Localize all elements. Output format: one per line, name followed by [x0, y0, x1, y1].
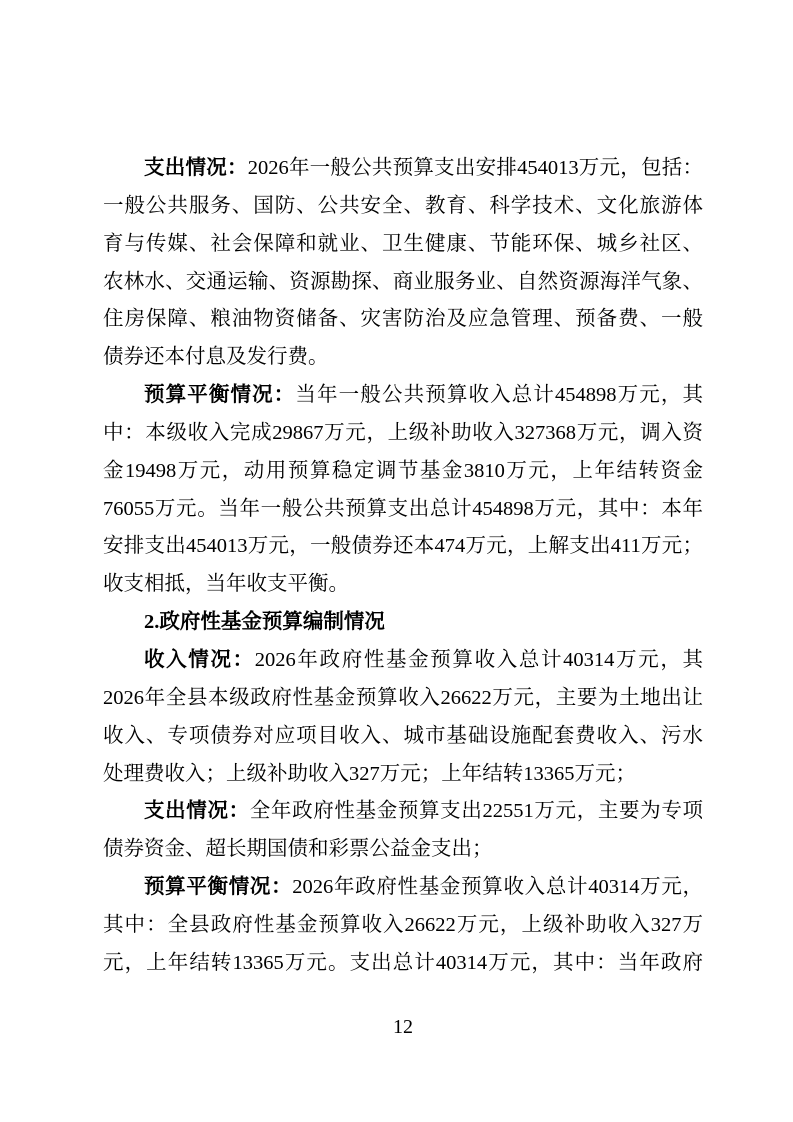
text-line: 收入情况：2026年政府性基金预算收入总计40314万元，其中：	[103, 642, 703, 680]
text-line: 安排支出454013万元，一般债券还本474万元，上解支出411万元；	[103, 528, 703, 566]
page-number: 12	[103, 1012, 703, 1042]
line-text: 全年政府性基金预算支出22551万元，主要为专项	[250, 800, 703, 822]
text-line: 支出情况：全年政府性基金预算支出22551万元，主要为专项	[103, 793, 703, 831]
line-text: 农林水、交通运输、资源勘探、商业服务业、自然资源海洋气象、	[103, 271, 703, 293]
text-line: 农林水、交通运输、资源勘探、商业服务业、自然资源海洋气象、	[103, 264, 703, 302]
line-text: 2026年全县本级政府性基金预算收入26622万元，主要为土地出让	[103, 687, 703, 709]
line-text: 金19498万元，动用预算稳定调节基金3810万元，上年结转资金	[103, 460, 703, 482]
text-line: 元，上年结转13365万元。支出总计40314万元，其中：当年政府	[103, 945, 703, 983]
line-text: 育与传媒、社会保障和就业、卫生健康、节能环保、城乡社区、	[103, 233, 703, 255]
text-line: 收支相抵，当年收支平衡。	[103, 566, 703, 604]
text-line: 中：本级收入完成29867万元，上级补助收入327368万元，调入资	[103, 415, 703, 453]
text-line: 一般公共服务、国防、公共安全、教育、科学技术、文化旅游体	[103, 188, 703, 226]
line-text: 处理费收入；上级补助收入327万元；上年结转13365万元；	[103, 763, 636, 785]
text-line: 76055万元。当年一般公共预算支出总计454898万元，其中：本年	[103, 491, 703, 529]
bold-label: 收入情况：	[144, 649, 255, 671]
document-page: 支出情况：2026年一般公共预算支出安排454013万元，包括： 一般公共服务、…	[0, 0, 793, 1122]
line-text: 债券资金、超长期国债和彩票公益金支出；	[103, 838, 493, 860]
line-text: 2026年政府性基金预算收入总计40314万元，	[292, 876, 703, 898]
line-text: 当年一般公共预算收入总计454898万元，其	[295, 384, 703, 406]
text-line: 债券资金、超长期国债和彩票公益金支出；	[103, 831, 703, 869]
bold-label: 支出情况：	[144, 157, 248, 179]
line-text: 债券还本付息及发行费。	[103, 346, 329, 368]
line-text: 中：本级收入完成29867万元，上级补助收入327368万元，调入资	[103, 422, 703, 444]
line-text: 收支相抵，当年收支平衡。	[103, 573, 349, 595]
text-line: 债券还本付息及发行费。	[103, 339, 703, 377]
text-line: 预算平衡情况：当年一般公共预算收入总计454898万元，其	[103, 377, 703, 415]
bold-label: 预算平衡情况：	[144, 876, 292, 898]
bold-label: 预算平衡情况：	[144, 384, 295, 406]
line-text: 其中：全县政府性基金预算收入26622万元，上级补助收入327万	[103, 914, 703, 936]
text-line: 处理费收入；上级补助收入327万元；上年结转13365万元；	[103, 756, 703, 794]
text-line: 支出情况：2026年一般公共预算支出安排454013万元，包括：	[103, 150, 703, 188]
line-text: 收入、专项债券对应项目收入、城市基础设施配套费收入、污水	[103, 725, 703, 747]
line-text: 76055万元。当年一般公共预算支出总计454898万元，其中：本年	[103, 498, 703, 520]
line-text: 一般公共服务、国防、公共安全、教育、科学技术、文化旅游体	[103, 195, 703, 217]
line-text: 安排支出454013万元，一般债券还本474万元，上解支出411万元；	[103, 535, 703, 557]
line-text: 元，上年结转13365万元。支出总计40314万元，其中：当年政府	[103, 952, 703, 974]
text-line: 预算平衡情况：2026年政府性基金预算收入总计40314万元，	[103, 869, 703, 907]
document-body: 支出情况：2026年一般公共预算支出安排454013万元，包括： 一般公共服务、…	[103, 150, 703, 983]
text-line: 其中：全县政府性基金预算收入26622万元，上级补助收入327万	[103, 907, 703, 945]
bold-label: 支出情况：	[144, 800, 250, 822]
line-text: 住房保障、粮油物资储备、灾害防治及应急管理、预备费、一般	[103, 308, 703, 330]
section-heading: 2.政府性基金预算编制情况	[103, 604, 703, 642]
text-line: 住房保障、粮油物资储备、灾害防治及应急管理、预备费、一般	[103, 301, 703, 339]
text-line: 2026年全县本级政府性基金预算收入26622万元，主要为土地出让	[103, 680, 703, 718]
heading-text: 2.政府性基金预算编制情况	[144, 611, 385, 633]
text-line: 收入、专项债券对应项目收入、城市基础设施配套费收入、污水	[103, 718, 703, 756]
text-line: 金19498万元，动用预算稳定调节基金3810万元，上年结转资金	[103, 453, 703, 491]
text-line: 育与传媒、社会保障和就业、卫生健康、节能环保、城乡社区、	[103, 226, 703, 264]
line-text: 2026年一般公共预算支出安排454013万元，包括：	[248, 157, 703, 179]
